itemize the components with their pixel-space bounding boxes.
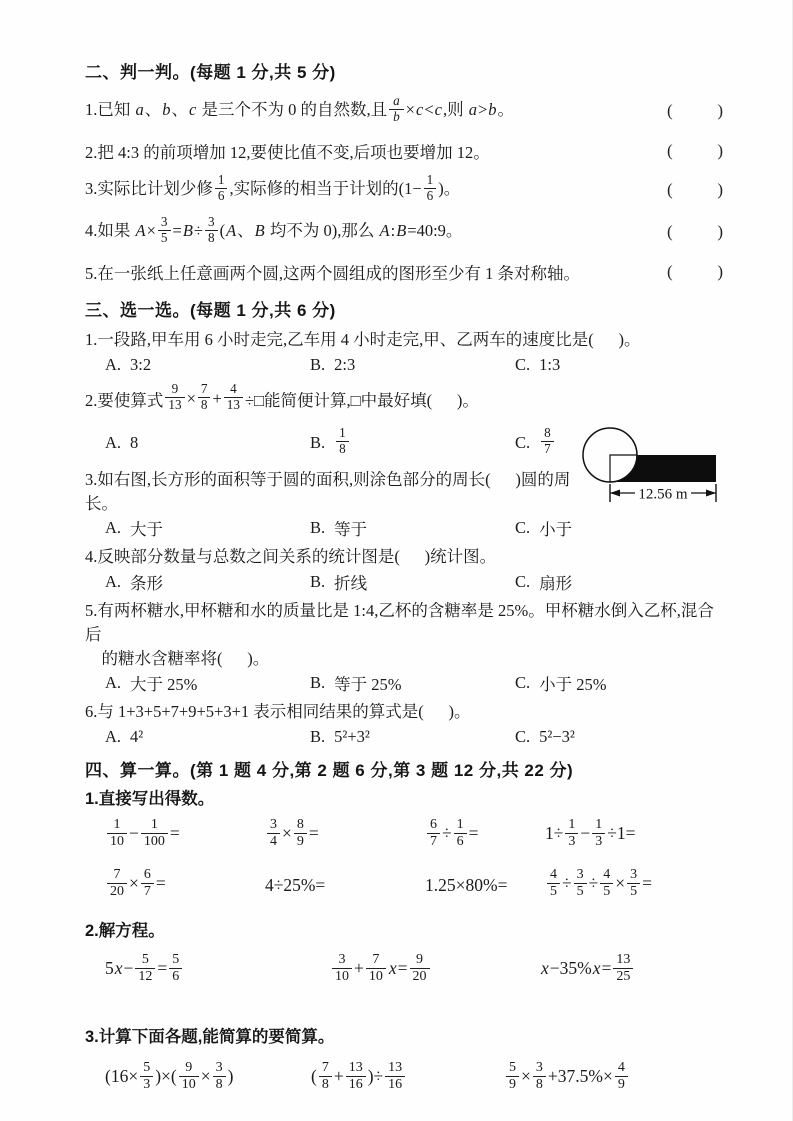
option-label: C.	[515, 433, 530, 453]
option-label: B.	[310, 518, 325, 538]
option-text: 条形	[130, 570, 163, 594]
option-text: 5²−3²	[539, 727, 575, 747]
expression: 110−1100=	[105, 819, 265, 851]
equation: x−35%x=1325	[540, 954, 723, 986]
calc-sub3-label: 3.计算下面各题,能简算的要简算。	[85, 1022, 723, 1048]
circle-rectangle-figure: 12.56 m	[581, 420, 793, 516]
simplify-calc-row: (16×53)×(910×38) (78+1316)÷1316 59×38+37…	[85, 1048, 723, 1108]
option-label: A.	[105, 572, 121, 592]
choice-question-3-text: 3.如右图,长方形的面积等于圆的面积,则涂色部分的周长( )圆的周长。	[85, 466, 590, 514]
choice-question-5-text: 5.有两杯糖水,甲杯糖和水的质量比是 1:4,乙杯的含糖率是 25%。甲杯糖水倒…	[85, 595, 723, 669]
option-text: 8	[130, 433, 138, 453]
choice-question-6-text: 6.与 1+3+5+7+9+5+3+1 表示相同结果的算式是( )。	[85, 696, 723, 723]
judge-question-4-text: 4.如果 A×35=B÷38(A、B 均不为 0),那么 A:B=40:9。	[85, 217, 657, 248]
judge-question-2: 2.把 4:3 的前项增加 12,要使比值不变,后项也要增加 12。 ()	[85, 132, 723, 169]
choice-question-2-text: 2.要使算式913×78+413÷□能简便计算,□中最好填( )。	[85, 378, 723, 420]
option-a: A.4²	[105, 727, 310, 747]
option-text: 18	[334, 428, 351, 459]
arrow-left-icon	[610, 490, 620, 497]
expression: 45÷35÷45×35=	[545, 869, 723, 901]
option-a: A.8	[105, 433, 310, 453]
expression: (78+1316)÷1316	[311, 1062, 504, 1094]
expression: 59×38+37.5%×49	[504, 1062, 723, 1094]
expression: 67÷16=	[425, 819, 545, 851]
judge-question-5-text: 5.在一张纸上任意画两个圆,这两个圆组成的图形至少有 1 条对称轴。	[85, 260, 657, 284]
option-a: A.条形	[105, 570, 310, 594]
arrow-right-icon	[706, 490, 716, 497]
option-label: A.	[105, 673, 121, 693]
option-label: A.	[105, 433, 121, 453]
section-calc-title: 四、算一算。(第 1 题 4 分,第 2 题 6 分,第 3 题 12 分,共 …	[85, 754, 723, 782]
choice-question-1-options: A.3:2 B.2:3 C.1:3	[85, 351, 723, 378]
option-label: B.	[310, 727, 325, 747]
option-b: B.2:3	[310, 355, 515, 375]
option-label: C.	[515, 355, 530, 375]
choice-question-6-options: A.4² B.5²+3² C.5²−3²	[85, 723, 723, 750]
option-text: 等于	[334, 516, 367, 540]
option-text: 小于	[539, 516, 572, 540]
option-text: 大于	[130, 516, 163, 540]
judge-question-3-text: 3.实际比计划少修16,实际修的相当于计划的(1−16)。	[85, 175, 657, 206]
option-label: A.	[105, 727, 121, 747]
answer-blank-parens: ()	[667, 222, 723, 242]
section-judge-title: 二、判一判。(每题 1 分,共 5 分)	[85, 56, 723, 84]
solve-equations-row: 5x−512=56 310+710x=920 x−35%x=1325	[85, 942, 723, 998]
option-label: A.	[105, 355, 121, 375]
answer-blank-parens: ()	[667, 180, 723, 200]
answer-blank-parens: ()	[667, 141, 723, 161]
option-text: 5²+3²	[334, 727, 370, 747]
option-c: C.小于 25%	[515, 671, 723, 695]
calc-sub2-label: 2.解方程。	[85, 916, 723, 942]
option-label: C.	[515, 518, 530, 538]
choice-question-1-text: 1.一段路,甲车用 6 小时走完,乙车用 4 小时走完,甲、乙两车的速度比是( …	[85, 324, 723, 351]
calc-sub1-label: 1.直接写出得数。	[85, 784, 723, 810]
option-c: C.5²−3²	[515, 727, 723, 747]
dimension-label: 12.56 m	[638, 487, 688, 503]
option-text: 87	[539, 428, 556, 459]
section-choice-title: 三、选一选。(每题 1 分,共 6 分)	[85, 294, 723, 322]
equation: 310+710x=920	[330, 954, 540, 986]
option-text: 小于 25%	[539, 671, 606, 695]
judge-question-3: 3.实际比计划少修16,实际修的相当于计划的(1−16)。 ()	[85, 169, 723, 211]
option-text: 4²	[130, 727, 143, 747]
option-label: B.	[310, 433, 325, 453]
option-text: 折线	[334, 570, 367, 594]
option-b: B.18	[310, 428, 515, 459]
option-text: 3:2	[130, 355, 151, 375]
judge-question-4: 4.如果 A×35=B÷38(A、B 均不为 0),那么 A:B=40:9。 (…	[85, 211, 723, 253]
equation: 5x−512=56	[105, 954, 330, 986]
option-label: B.	[310, 355, 325, 375]
exam-content: 二、判一判。(每题 1 分,共 5 分) 1.已知 a、b、c 是三个不为 0 …	[85, 56, 723, 1108]
option-a: A.3:2	[105, 355, 310, 375]
option-label: C.	[515, 673, 530, 693]
option-text: 扇形	[539, 570, 572, 594]
option-text: 1:3	[539, 355, 560, 375]
answer-blank-parens: ()	[667, 262, 723, 282]
exam-paper-page: 二、判一判。(每题 1 分,共 5 分) 1.已知 a、b、c 是三个不为 0 …	[0, 0, 793, 1121]
option-c: C.扇形	[515, 570, 723, 594]
judge-question-1-text: 1.已知 a、b、c 是三个不为 0 的自然数,且ab×c<c,则 a>b。	[85, 96, 657, 127]
expression: 1÷13−13÷1=	[545, 819, 723, 851]
option-label: B.	[310, 673, 325, 693]
direct-calc-row-1: 110−1100= 34×89= 67÷16= 1÷13−13÷1=	[85, 810, 723, 860]
expression: 1.25×80%=	[425, 875, 545, 896]
expression: 34×89=	[265, 819, 425, 851]
choice-question-5-options: A.大于 25% B.等于 25% C.小于 25%	[85, 669, 723, 696]
option-a: A.大于	[105, 516, 310, 540]
choice-question-3-options: A.大于 B.等于 C.小于	[85, 514, 723, 541]
option-b: B.等于 25%	[310, 671, 515, 695]
answer-blank-parens: ()	[667, 101, 723, 121]
option-label: C.	[515, 727, 530, 747]
judge-question-5: 5.在一张纸上任意画两个圆,这两个圆组成的图形至少有 1 条对称轴。 ()	[85, 253, 723, 290]
option-c: C.1:3	[515, 355, 723, 375]
expression: 720×67=	[105, 869, 265, 901]
option-b: B.5²+3²	[310, 727, 515, 747]
option-a: A.大于 25%	[105, 671, 310, 695]
choice-question-4-options: A.条形 B.折线 C.扇形	[85, 568, 723, 595]
direct-calc-row-2: 720×67= 4÷25%= 1.25×80%= 45÷35÷45×35=	[85, 860, 723, 910]
expression: (16×53)×(910×38)	[105, 1062, 311, 1094]
option-label: B.	[310, 572, 325, 592]
option-text: 大于 25%	[130, 671, 197, 695]
option-c: C.小于	[515, 516, 723, 540]
option-b: B.等于	[310, 516, 515, 540]
judge-question-1: 1.已知 a、b、c 是三个不为 0 的自然数,且ab×c<c,则 a>b。 (…	[85, 90, 723, 132]
choice-question-4-text: 4.反映部分数量与总数之间关系的统计图是( )统计图。	[85, 541, 590, 568]
judge-question-2-text: 2.把 4:3 的前项增加 12,要使比值不变,后项也要增加 12。	[85, 139, 657, 163]
option-b: B.折线	[310, 570, 515, 594]
option-text: 2:3	[334, 355, 355, 375]
option-text: 等于 25%	[334, 671, 401, 695]
expression: 4÷25%=	[265, 875, 425, 896]
option-label: C.	[515, 572, 530, 592]
option-label: A.	[105, 518, 121, 538]
